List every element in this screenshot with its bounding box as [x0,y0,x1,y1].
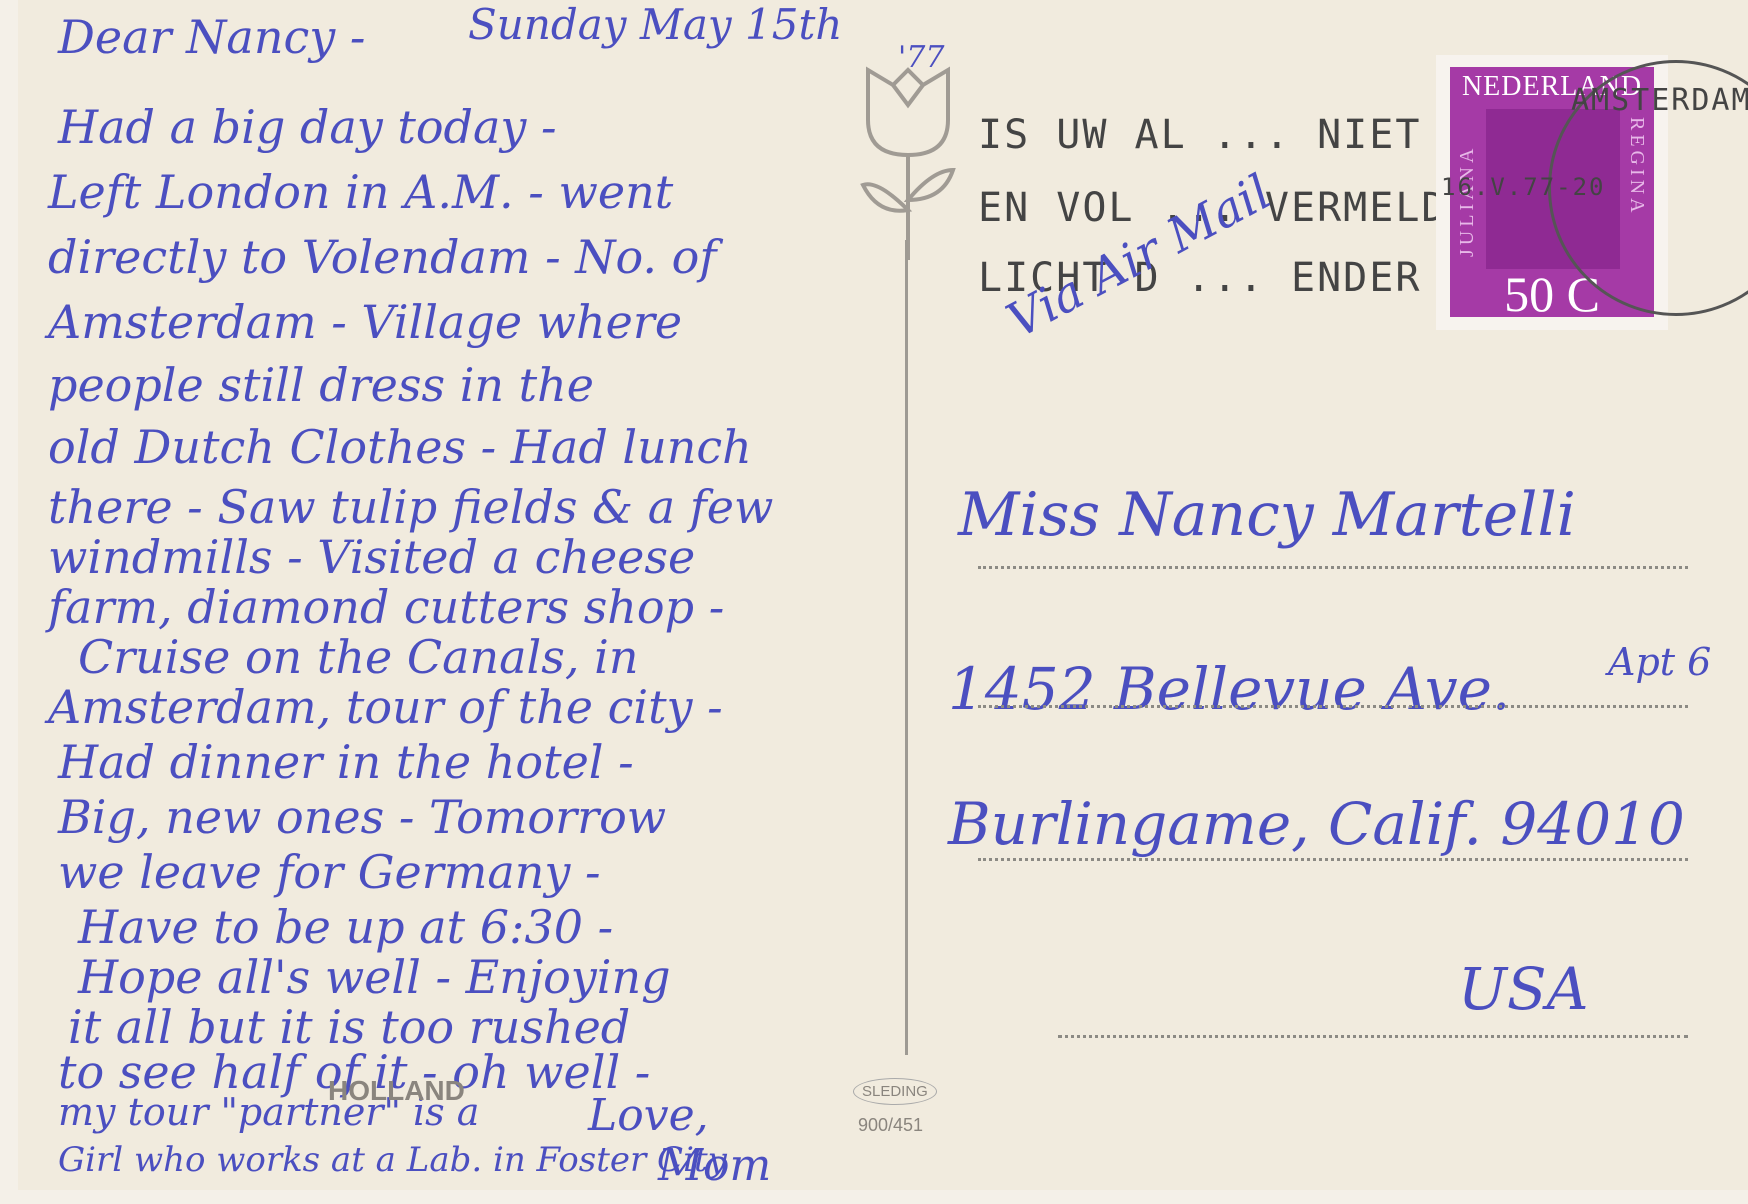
address-line [978,566,1688,569]
message-line: windmills - Visited a cheese [48,530,695,584]
message-signature: Mom [658,1140,771,1191]
message-line: Hope all's well - Enjoying [78,950,671,1004]
address-line [978,858,1688,861]
message-line: Left London in A.M. - went [48,165,673,219]
message-closing: Love, [588,1090,709,1141]
address-city: Burlingame, Calif. 94010 [948,790,1685,858]
address-street: 1452 Bellevue Ave. [948,655,1510,723]
postmark-city: AMSTERDAM [1571,83,1748,118]
message-line: Have to be up at 6:30 - [78,900,613,954]
message-line: farm, diamond cutters shop - [48,580,724,634]
message-line: Amsterdam, tour of the city - [48,680,723,734]
message-line: Amsterdam - Village where [48,295,682,349]
address-apt: Apt 6 [1608,640,1711,684]
card-divider [905,240,908,1055]
card-number: 900/451 [858,1115,923,1136]
address-country: USA [1458,955,1589,1023]
message-date: Sunday May 15th [468,0,842,49]
message-line: Had dinner in the hotel - [58,735,634,789]
publisher-logo: SLEDING [853,1078,937,1105]
address-line [1058,1035,1688,1038]
tulip-icon [858,60,958,260]
message-line: there - Saw tulip fields & a few [48,480,773,534]
message-line: Cruise on the Canals, in [78,630,638,684]
salutation: Dear Nancy - [58,10,365,64]
message-line: old Dutch Clothes - Had lunch [48,420,752,474]
address-name: Miss Nancy Martelli [958,480,1576,550]
message-line: Girl who works at a Lab. in Foster City [58,1140,727,1180]
postmark-date: 16.V.77-20 [1441,173,1606,201]
region-label: HOLLAND [328,1075,465,1107]
message-line: people still dress in the [48,358,594,412]
message-line: Had a big day today - [58,100,557,154]
postcard-back: Dear Nancy - Sunday May 15th '77 Had a b… [18,0,1748,1190]
address-line [978,705,1688,708]
message-line: Big, new ones - Tomorrow [58,790,666,844]
message-line: directly to Volendam - No. of [48,230,716,284]
message-line: we leave for Germany - [58,845,601,899]
